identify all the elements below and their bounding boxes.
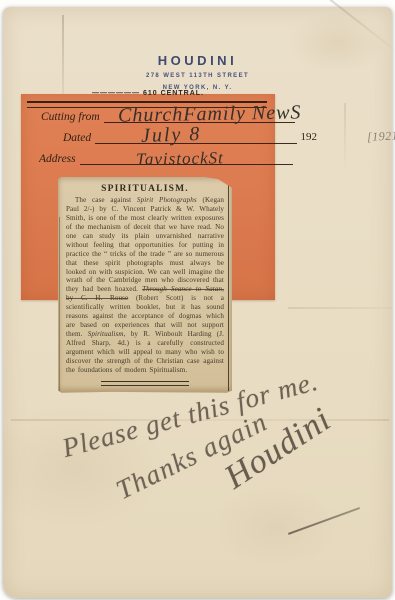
slip-rule-line: July 8: [95, 127, 296, 144]
photo-background: HOUDINI 278 WEST 113TH STREET NEW YORK, …: [0, 0, 395, 600]
handwritten-publication-name: ChurchFamily NewS: [118, 101, 302, 127]
fold-crease-right: [288, 307, 392, 309]
letterhead-name: HOUDINI: [3, 53, 392, 68]
letter-paper: HOUDINI 278 WEST 113TH STREET NEW YORK, …: [3, 7, 392, 598]
clipping-column-rule-left: [59, 217, 60, 391]
clipping-text: (Kegan Paul 2/-) by C. Vincent Patrick &…: [66, 196, 224, 293]
slip-rule-line: ChurchFamily NewS: [104, 106, 295, 123]
letterhead: HOUDINI 278 WEST 113TH STREET NEW YORK, …: [3, 53, 392, 91]
book-title-spiritualism: Spiritualism,: [88, 330, 126, 338]
slip-label-dated: Dated: [63, 132, 91, 144]
fold-crease-diagonal: [329, 0, 395, 53]
handwritten-date: July 8: [141, 123, 202, 148]
slip-field-cutting-from: Cutting from ChurchFamily NewS: [21, 106, 303, 123]
struck-author: by C. H. Rouse: [66, 294, 128, 302]
clipping-headline: SPIRITUALISM.: [58, 184, 232, 194]
pencil-year-annotation: [1921]: [366, 128, 395, 145]
clipping-column-rule-right: [228, 179, 229, 391]
clipping-body: The case against Spirit Photographs (Keg…: [58, 195, 232, 378]
slip-printed-year-prefix: 192: [301, 131, 318, 144]
clipping-text: The case against: [75, 196, 137, 204]
clipping-end-rule: [101, 381, 189, 386]
slip-rule-line: TavistockSt: [80, 148, 293, 165]
letterhead-street: 278 WEST 113TH STREET: [3, 73, 392, 79]
book-title-spirit-photographs: Spirit Photographs: [137, 196, 197, 204]
slip-field-address: Address TavistockSt: [21, 148, 303, 165]
slip-field-dated: Dated July 8 192 [1921]: [21, 127, 361, 144]
book-title-through-seance-to-satan: Through Seance to Satan,: [142, 285, 224, 293]
signature-flourish: [288, 507, 360, 535]
handwritten-address: TavistockSt: [135, 148, 223, 170]
slip-label-address: Address: [39, 153, 76, 165]
newspaper-clipping: SPIRITUALISM. The case against Spirit Ph…: [58, 177, 232, 393]
slip-label-cutting-from: Cutting from: [41, 111, 100, 123]
slip-agency-line-cropped: —————— 610 CENTRAL.: [21, 90, 275, 99]
